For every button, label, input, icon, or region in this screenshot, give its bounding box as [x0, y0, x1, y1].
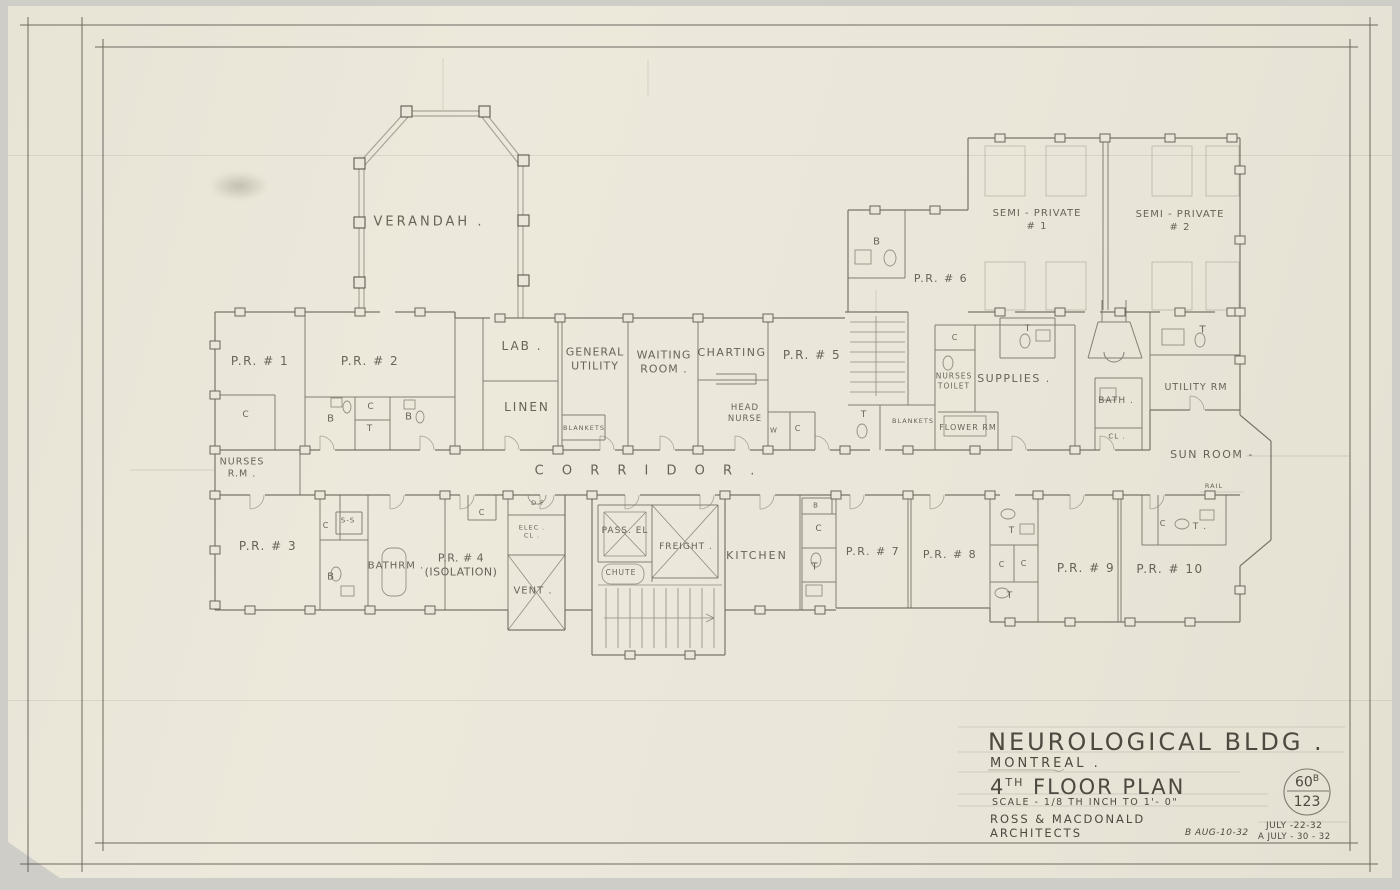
sheet-number-bottom: 123 — [1291, 794, 1323, 810]
label-b-kitchen: B — [813, 501, 819, 510]
construction-lines — [130, 58, 1350, 822]
label-sun-room: SUN ROOM - — [1170, 448, 1254, 462]
label-pr-1: P.R. # 1 — [231, 354, 289, 370]
label-chute: CHUTE — [606, 568, 637, 578]
label-toilet-stair: T — [861, 410, 868, 422]
label-t-col-bottom: T — [1007, 591, 1014, 603]
label-vent: VENT . — [513, 585, 552, 598]
label-blankets-stair: BLANKETS — [892, 417, 934, 425]
label-rail: RAIL — [1205, 482, 1223, 490]
architect-name: ROSS & MACDONALD — [990, 812, 1145, 826]
label-bath-pr2-right: B — [405, 411, 413, 424]
label-c-bath-pr10: C — [1160, 519, 1167, 529]
label-closet-bath: CL . — [1108, 432, 1125, 441]
label-bath-pr2-left: B — [327, 413, 335, 426]
label-freight: FREIGHT . — [659, 542, 713, 554]
label-pr-8: P.R. # 8 — [923, 548, 977, 562]
label-closet-pr4: C — [479, 508, 486, 518]
label-closet-pr2: C — [367, 402, 374, 414]
label-kitchen: KITCHEN — [726, 549, 788, 563]
label-pr-7: P.R. # 7 — [846, 545, 900, 559]
verandah-posts — [354, 106, 529, 288]
label-pr-4-isolation: P.R. # 4 (ISOLATION) — [425, 552, 498, 581]
revision-b-date: B AUG-10-32 — [1185, 828, 1249, 838]
label-flower-rm: FLOWER RM — [939, 423, 997, 433]
label-pr-10: P.R. # 10 — [1136, 562, 1203, 578]
label-toilet-pr2: T — [367, 424, 374, 436]
label-closet-pr3: C — [323, 521, 330, 531]
architect-role: ARCHITECTS — [990, 826, 1082, 840]
label-verandah: VERANDAH . — [374, 215, 485, 232]
issue-date: JULY -22-32 — [1266, 821, 1322, 831]
label-elec-cl: ELEC . CL . — [519, 524, 546, 541]
label-c-col-left: C — [999, 560, 1006, 570]
label-nurses-toilet: NURSES TOILET — [936, 371, 973, 391]
label-toilet-utility: T — [1199, 324, 1206, 337]
floor-plan-linework — [0, 0, 1400, 890]
plumbing-fixtures — [331, 250, 1214, 598]
label-w-closet-pr5: W — [770, 426, 778, 435]
label-pr-5: P.R. # 5 — [783, 348, 841, 364]
label-bath-pr3: B — [327, 571, 335, 584]
label-lab: LAB . — [501, 339, 542, 355]
project-location: MONTREAL . — [990, 756, 1101, 771]
drawing-title: 4TH FLOOR PLAN — [990, 775, 1185, 799]
sheet-number-top: 60B — [1289, 774, 1325, 791]
label-bathrm: BATHRM . — [368, 560, 425, 573]
label-linen: LINEN — [504, 400, 550, 416]
label-drinking-fountain: D.F — [531, 499, 545, 507]
label-general-utility: GENERAL UTILITY — [566, 346, 625, 375]
revision-a-date: A JULY - 30 - 32 — [1258, 832, 1331, 842]
label-pr-2: P.R. # 2 — [341, 354, 399, 370]
label-corridor: C O R R I D O R . — [535, 464, 762, 481]
label-pr-3: P.R. # 3 — [239, 539, 297, 555]
scale-note: SCALE - 1/8 TH INCH TO 1'- 0" — [992, 797, 1178, 808]
label-bath-stair: B — [873, 236, 881, 249]
label-semi-private-1: SEMI - PRIVATE # 1 — [993, 207, 1082, 233]
label-closet-pr1: C — [242, 410, 249, 422]
label-supplies: SUPPLIES . — [977, 372, 1051, 386]
label-pr-9: P.R. # 9 — [1057, 561, 1115, 577]
label-t-bath-pr10: T . — [1193, 522, 1207, 534]
label-t-kitchen: T — [811, 561, 818, 574]
label-nurses-rm: NURSES R.M . — [220, 457, 265, 482]
label-blankets-central: BLANKETS — [563, 424, 605, 432]
project-title: NEUROLOGICAL BLDG . — [988, 728, 1325, 756]
label-c-kitchen: C — [815, 524, 822, 536]
label-toilet-supplies: T — [1025, 324, 1032, 336]
label-t-col-top: T — [1009, 526, 1016, 538]
label-charting: CHARTING — [697, 346, 766, 360]
label-ss-closet: S-S — [341, 516, 355, 525]
label-pr-6: P.R. # 6 — [914, 272, 968, 286]
label-head-nurse: HEAD NURSE — [728, 403, 762, 425]
scanned-drawing-sheet: VERANDAH .P.R. # 1P.R. # 2CBCTBNURSES R.… — [0, 0, 1400, 890]
label-c-closet-pr5: C — [795, 424, 802, 434]
label-pass-el: PASS. EL — [602, 526, 649, 538]
label-semi-private-2: SEMI - PRIVATE # 2 — [1136, 208, 1225, 234]
label-utility-rm: UTILITY RM — [1164, 382, 1227, 394]
label-waiting-room: WAITING ROOM . — [637, 349, 692, 378]
label-c-nurses-toilet: C — [952, 333, 959, 343]
label-c-col-right: C — [1021, 559, 1028, 569]
label-bath-right: BATH . — [1098, 396, 1134, 408]
